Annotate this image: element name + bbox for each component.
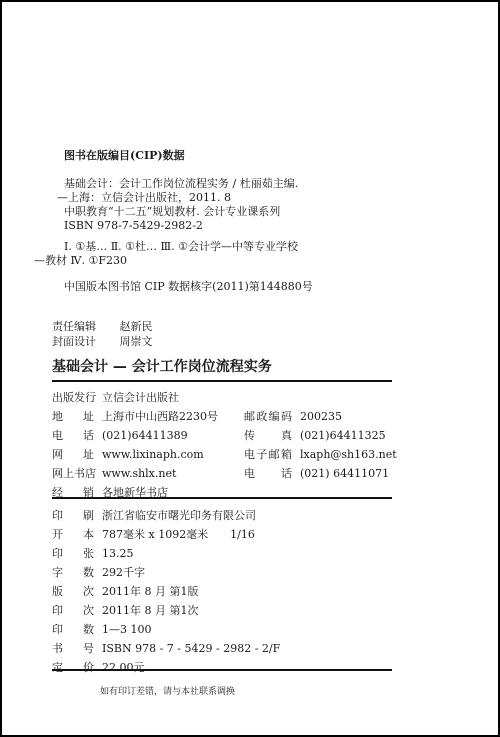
info-label: 印 刷 <box>52 509 94 523</box>
info-value: (021)64411389 <box>102 429 188 443</box>
copyright-page: 图书在版编目(CIP)数据 基础会计：会计工作岗位流程实务 / 杜丽茹主编. —… <box>0 0 500 737</box>
book-title: 基础会计 — 会计工作岗位流程实务 <box>52 358 272 376</box>
info-value: 立信会计出版社 <box>102 391 179 405</box>
cip-heading: 图书在版编目(CIP)数据 <box>64 149 185 163</box>
cip-number: 中国版本图书馆 CIP 数据核字(2011)第144880号 <box>64 280 313 294</box>
info-label: 版 次 <box>52 585 94 599</box>
divider <box>52 380 392 382</box>
info-value: (021)64411325 <box>300 429 386 443</box>
info-label: 传 真 <box>244 429 292 443</box>
info-label: 定 价 <box>52 661 94 675</box>
divider <box>52 669 392 671</box>
info-label: 开 本 <box>52 528 94 542</box>
print-row: 印 刷浙江省临安市曙光印务有限公司 <box>52 509 256 523</box>
info-value: 13.25 <box>102 547 134 561</box>
credit-row: 责任编辑 赵新民 <box>52 320 153 334</box>
cip-classification: Ⅰ. ①基… Ⅱ. ①杜… Ⅲ. ①会计学—中等专业学校 <box>64 240 298 254</box>
print-row: 印 张13.25 <box>52 547 134 561</box>
print-row: 版 次2011年 8 月 第1版 <box>52 585 198 599</box>
info-value: 2011年 8 月 第1次 <box>102 604 198 618</box>
info-label: 网 址 <box>52 448 94 462</box>
credit-label: 责任编辑 <box>52 320 96 333</box>
credit-value: 周崇文 <box>120 335 153 348</box>
divider <box>52 497 392 499</box>
info-label: 印 张 <box>52 547 94 561</box>
publisher-row: 出版发行立信会计出版社 <box>52 391 179 405</box>
info-value: (021) 64411071 <box>300 467 389 481</box>
info-label: 邮政编码 <box>244 410 292 424</box>
info-value: 上海市中山西路2230号 <box>102 410 218 424</box>
info-label: 印 数 <box>52 623 94 637</box>
cip-line: —上海：立信会计出版社，2011. 8 <box>57 191 231 205</box>
email-value: lxaph@sh163.net <box>300 448 397 462</box>
info-label: 印 次 <box>52 604 94 618</box>
info-label: 出版发行 <box>52 391 94 405</box>
print-row: 字 数292千字 <box>52 566 145 580</box>
info-label: 电子邮箱 <box>244 448 292 462</box>
info-value: 2011年 8 月 第1版 <box>102 585 198 599</box>
print-row: 书 号ISBN 978 - 7 - 5429 - 2982 - 2/F <box>52 642 280 656</box>
info-value: 浙江省临安市曙光印务有限公司 <box>102 509 256 523</box>
cip-line: 中职教育“十二五”规划教材. 会计专业课系列 <box>64 205 280 219</box>
price-value: 22.00元 <box>102 661 145 675</box>
info-label: 地 址 <box>52 410 94 424</box>
info-value: 200235 <box>300 410 342 424</box>
info-value: 292千字 <box>102 566 145 580</box>
cip-classification: —教材 Ⅳ. ①F230 <box>34 254 127 268</box>
cip-line: 基础会计：会计工作岗位流程实务 / 杜丽茹主编. <box>64 177 298 191</box>
online-store-value: www.shlx.net <box>102 467 176 481</box>
print-row: 定 价22.00元 <box>52 661 145 675</box>
info-label: 电 话 <box>52 429 94 443</box>
print-row: 印 数1—3 100 <box>52 623 152 637</box>
cip-isbn: ISBN 978-7-5429-2982-2 <box>64 219 203 233</box>
website-link: www.lixinaph.com <box>102 448 204 462</box>
info-label: 字 数 <box>52 566 94 580</box>
isbn-value: ISBN 978 - 7 - 5429 - 2982 - 2/F <box>102 642 280 656</box>
info-label: 书 号 <box>52 642 94 656</box>
publisher-row: 地 址上海市中山西路2230号 邮政编码200235 <box>52 410 392 424</box>
info-value: 1—3 100 <box>102 623 152 637</box>
info-value: 787毫米 x 1092毫米 1/16 <box>102 528 255 542</box>
credit-label: 封面设计 <box>52 335 96 348</box>
credit-value: 赵新民 <box>120 320 153 333</box>
print-row: 印 次2011年 8 月 第1次 <box>52 604 198 618</box>
info-label: 电 话 <box>244 467 292 481</box>
footer-note: 如有印订差错，请与本社联系调换 <box>100 686 235 698</box>
publisher-row: 网 址www.lixinaph.com 电子邮箱lxaph@sh163.net <box>52 448 392 462</box>
print-row: 开 本787毫米 x 1092毫米 1/16 <box>52 528 255 542</box>
credit-row: 封面设计 周崇文 <box>52 335 153 349</box>
info-label: 网上书店 <box>52 467 94 481</box>
publisher-row: 网上书店www.shlx.net 电 话(021) 64411071 <box>52 467 392 481</box>
publisher-row: 电 话(021)64411389 传 真(021)64411325 <box>52 429 392 443</box>
